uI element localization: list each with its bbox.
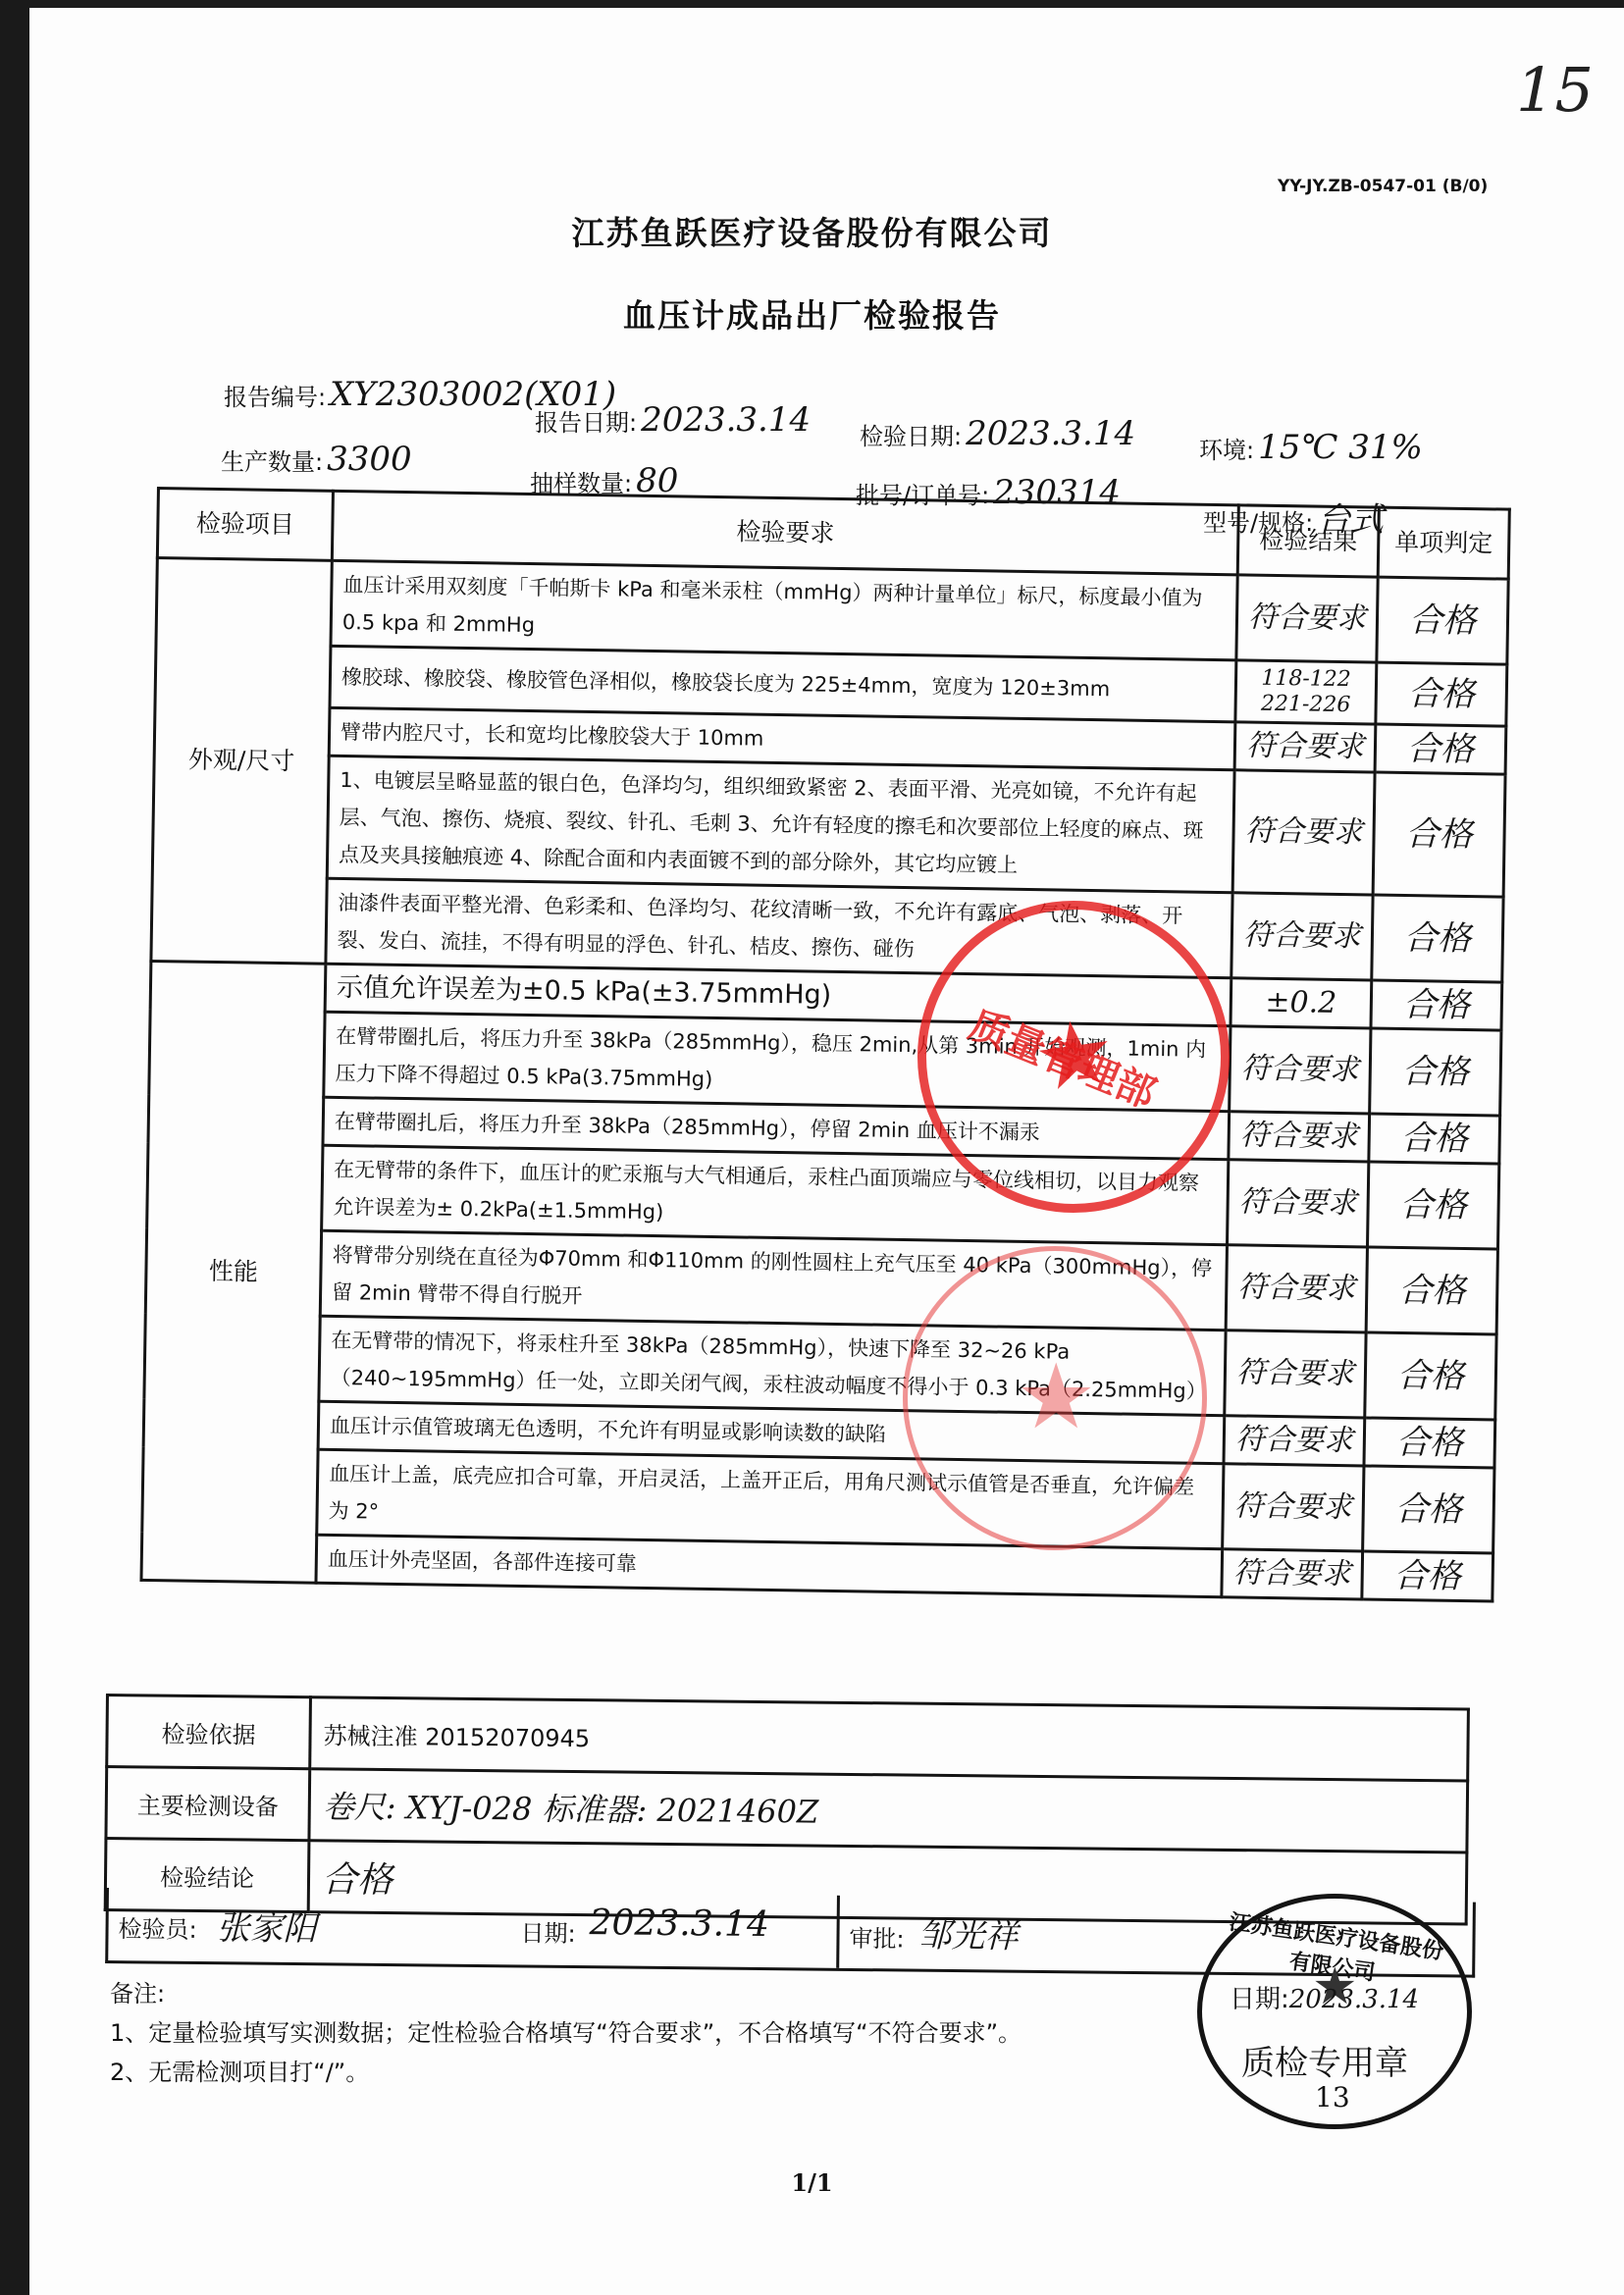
- basis-label: 检验依据: [107, 1695, 311, 1769]
- equipment-value: 卷尺: XYJ-028 标准器: 2021460Z: [309, 1769, 1468, 1852]
- result-cell: 符合要求: [1227, 1160, 1368, 1247]
- judgement-cell: 合格: [1376, 662, 1507, 726]
- result-cell: 符合要求: [1229, 1112, 1370, 1162]
- judgement-cell: 合格: [1362, 1551, 1493, 1601]
- approve-label: 审批:: [849, 1919, 904, 1955]
- judgement-cell: 合格: [1370, 1028, 1501, 1116]
- notes: 备注: 1、定量检验填写实测数据；定性检验合格填写“符合要求”，不合格填写“不符…: [110, 1974, 1022, 2092]
- result-cell: 符合要求: [1222, 1549, 1363, 1599]
- result-cell: 符合要求: [1232, 770, 1375, 895]
- report-title: 血压计成品出厂检验报告: [0, 290, 1624, 337]
- judgement-cell: 合格: [1375, 724, 1506, 774]
- sign-date: 2023.3.14: [589, 1903, 769, 1945]
- judgement-cell: 合格: [1372, 895, 1503, 982]
- judgement-cell: 合格: [1373, 772, 1505, 897]
- page-number: 1/1: [0, 2168, 1624, 2197]
- requirement-cell: 1、电镀层呈略显蓝的银白色，色泽均匀，组织细致紧密 2、表面平滑、光亮如镜，不允…: [327, 756, 1234, 892]
- result-cell: 符合要求: [1223, 1464, 1364, 1551]
- company-name: 江苏鱼跃医疗设备股份有限公司: [0, 208, 1624, 254]
- inspector-label: 检验员:: [118, 1909, 196, 1945]
- inspection-date: 检验日期:2023.3.14: [860, 414, 1135, 453]
- result-cell: 118-122 221-226: [1235, 660, 1377, 724]
- result-cell: 符合要求: [1224, 1416, 1365, 1466]
- result-cell: 符合要求: [1225, 1330, 1366, 1418]
- header-judgement: 单项判定: [1378, 507, 1509, 579]
- result-cell: 符合要求: [1226, 1245, 1367, 1332]
- result-cell: 符合要求: [1236, 575, 1378, 662]
- note-item: 1、定量检验填写实测数据；定性检验合格填写“符合要求”，不合格填写“不符合要求”…: [110, 2013, 1022, 2053]
- category-cell: 外观/尺寸: [151, 558, 332, 965]
- judgement-cell: 合格: [1371, 980, 1502, 1030]
- basis-value: 苏械注准 20152070945: [310, 1697, 1469, 1781]
- judgement-cell: 合格: [1369, 1114, 1500, 1164]
- production-quantity: 生产数量:3300: [221, 440, 412, 479]
- equipment-label: 主要检测设备: [106, 1767, 310, 1841]
- header-item: 检验项目: [157, 489, 333, 561]
- qc-seal-label: 质检专用章: [1241, 2036, 1408, 2084]
- environment: 环境:15℃ 31%: [1199, 428, 1423, 467]
- date-label: 日期:: [520, 1913, 575, 1949]
- report-date: 报告日期:2023.3.14: [535, 400, 811, 440]
- judgement-cell: 合格: [1377, 577, 1508, 664]
- form-code: YY-JY.ZB-0547-01 (B/0): [1278, 177, 1488, 196]
- inspector-signature: 张家阳: [216, 1901, 317, 1950]
- category-cell: 性能: [141, 961, 326, 1583]
- judgement-cell: 合格: [1363, 1466, 1494, 1553]
- star-icon: ★: [1016, 1344, 1096, 1449]
- inspection-table: 检验项目 检验要求 检验结果 单项判定 外观/尺寸血压计采用双刻度「千帕斯卡 k…: [139, 487, 1510, 1603]
- qc-seal: 江苏鱼跃医疗设备股份有限公司 ★ 日期:2023.3.14 质检专用章 13: [1197, 1894, 1472, 2129]
- approver-signature: 邹光祥: [917, 1908, 1019, 1957]
- judgement-cell: 合格: [1367, 1162, 1498, 1249]
- header-result: 检验结果: [1237, 505, 1379, 577]
- result-cell: 符合要求: [1231, 893, 1373, 980]
- result-cell: 符合要求: [1230, 1026, 1371, 1114]
- judgement-cell: 合格: [1366, 1247, 1497, 1334]
- result-cell: ±0.2: [1231, 978, 1372, 1028]
- judgement-cell: 合格: [1365, 1332, 1496, 1420]
- judgement-cell: 合格: [1364, 1418, 1495, 1468]
- red-seal-faded: ★: [903, 1246, 1207, 1550]
- notes-title: 备注:: [110, 1974, 1022, 2013]
- requirement-cell: 血压计采用双刻度「千帕斯卡 kPa 和毫米汞柱（mmHg）两种计量单位」标尺，标…: [331, 560, 1237, 659]
- page-mark: 15: [1516, 54, 1594, 126]
- result-cell: 符合要求: [1234, 722, 1376, 772]
- qc-seal-date: 日期:2023.3.14: [1230, 1979, 1419, 2015]
- table-row: 1、电镀层呈略显蓝的银白色，色泽均匀，组织细致紧密 2、表面平滑、光亮如镜，不允…: [152, 753, 1505, 897]
- divider: [836, 1896, 840, 1968]
- qc-seal-number: 13: [1315, 2081, 1350, 2113]
- note-item: 2、无需检测项目打“/”。: [110, 2053, 1022, 2092]
